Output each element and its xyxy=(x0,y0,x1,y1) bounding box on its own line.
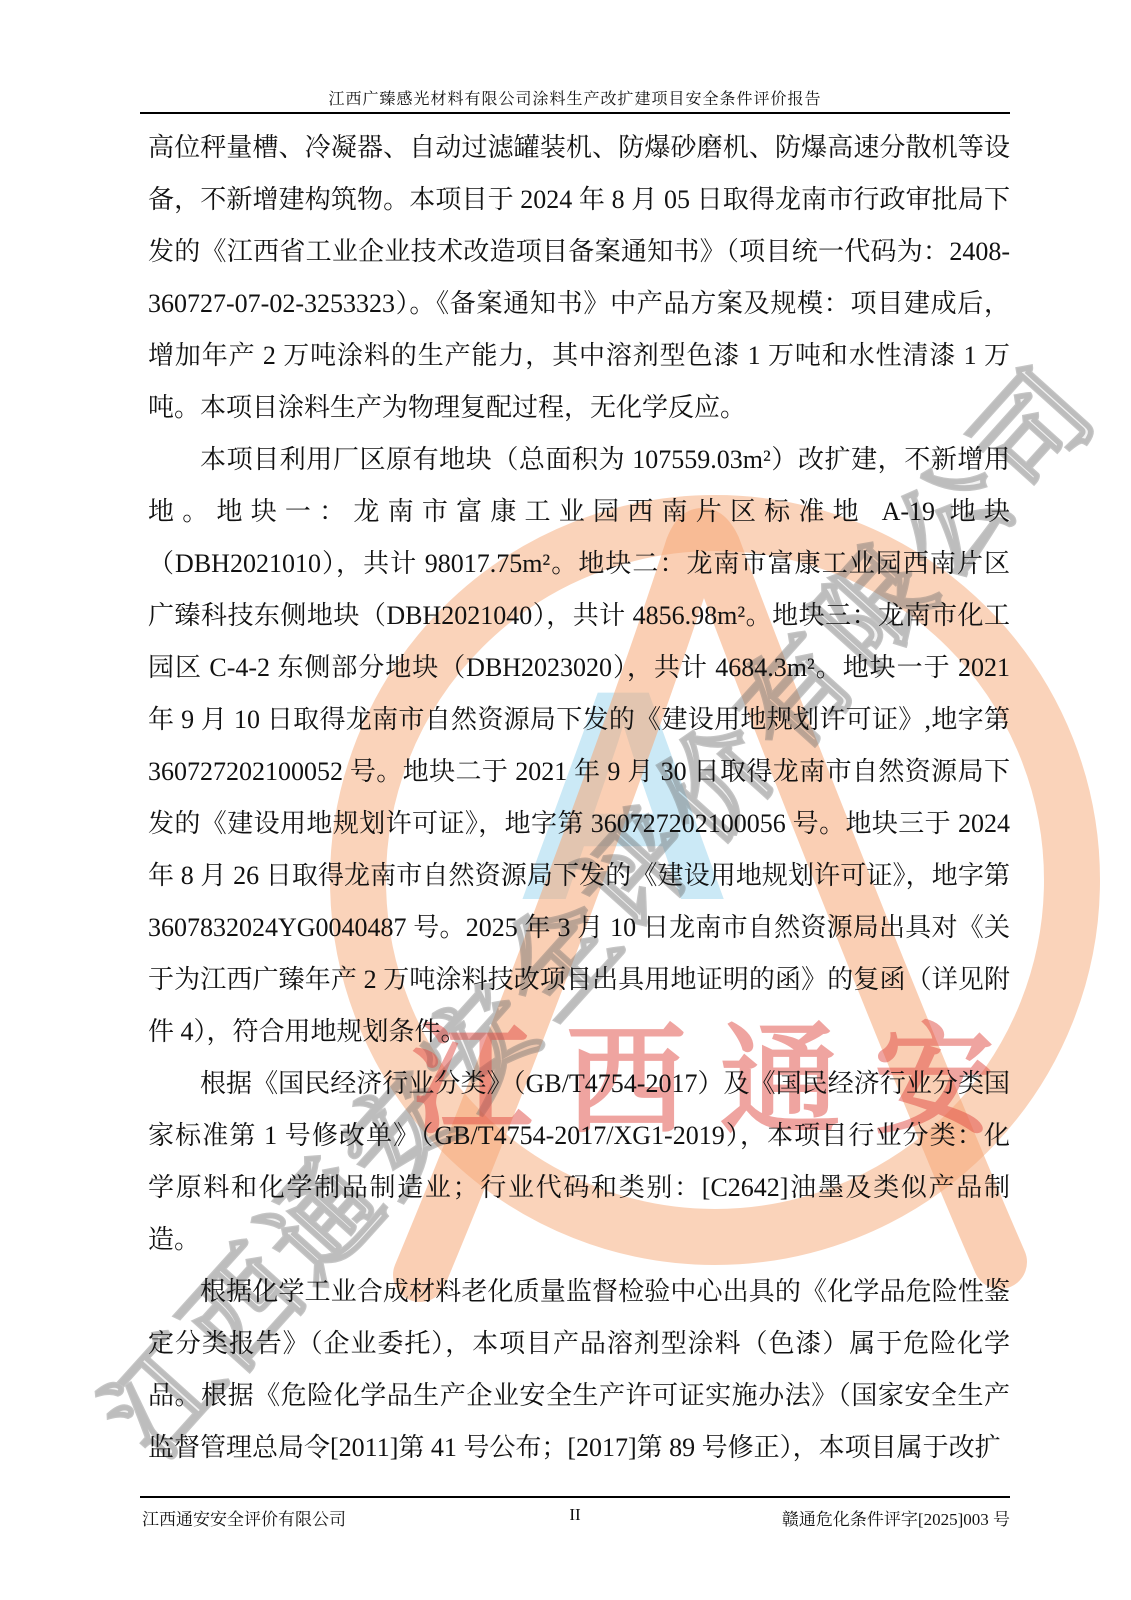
header-rule xyxy=(140,112,1010,114)
footer-page-number: II xyxy=(569,1505,580,1525)
paragraph-industry-category: 根据《国民经济行业分类》（GB/T4754-2017）及《国民经济行业分类国家标… xyxy=(148,1058,1010,1266)
document-body: 高位秤量槽、冷凝器、自动过滤罐装机、防爆砂磨机、防爆高速分散机等设备，不新增建构… xyxy=(148,122,1010,1474)
paragraph-hazard-class: 根据化学工业合成材料老化质量监督检验中心出具的《化学品危险性鉴定分类报告》（企业… xyxy=(148,1266,1010,1474)
footer-document-code: 赣通危化条件评字[2025]003 号 xyxy=(782,1505,1010,1530)
page-footer: 江西通安安全评价有限公司 II 赣通危化条件评字[2025]003 号 xyxy=(140,1496,1010,1505)
page-header-title: 江西广臻感光材料有限公司涂料生产改扩建项目安全条件评价报告 xyxy=(140,86,1010,109)
paragraph-equipment-and-filing: 高位秤量槽、冷凝器、自动过滤罐装机、防爆砂磨机、防爆高速分散机等设备，不新增建构… xyxy=(148,122,1010,434)
paragraph-land-plots: 本项目利用厂区原有地块（总面积为 107559.03m²）改扩建，不新增用地。地… xyxy=(148,434,1010,1058)
footer-company-name: 江西通安安全评价有限公司 xyxy=(142,1505,346,1530)
report-page: { "header": { "title": "江西广臻感光材料有限公司涂料生产… xyxy=(0,0,1131,1600)
